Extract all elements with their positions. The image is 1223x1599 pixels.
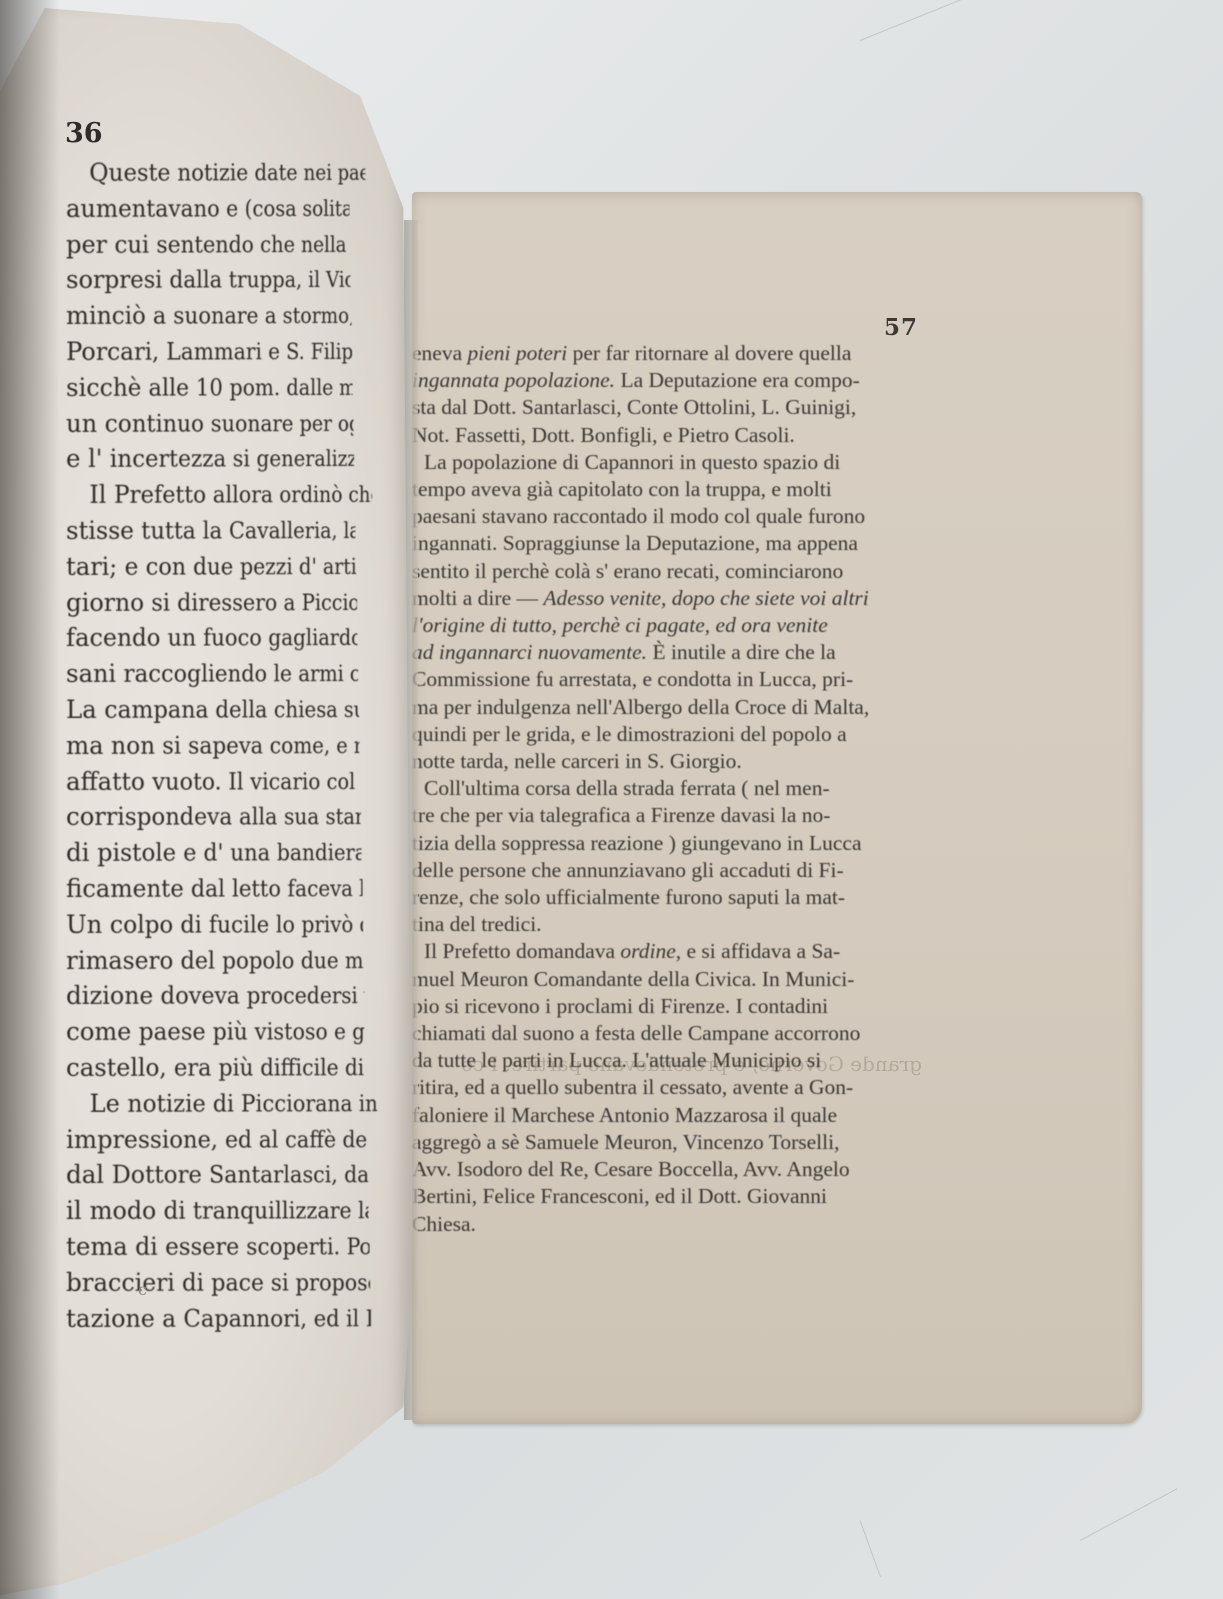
italic-text: ordine bbox=[620, 939, 675, 963]
text-segment: Not. Fassetti, Dott. Bonfigli, e Pietro … bbox=[412, 423, 795, 447]
text-line: affatto vuoto. Il vicario col mez bbox=[66, 764, 360, 800]
text-segment: per far ritornare al dovere quella bbox=[567, 341, 851, 365]
surface-scratch bbox=[1080, 1488, 1178, 1541]
text-segment: , e si affidava a Sa- bbox=[676, 939, 840, 963]
italic-text: Adesso venite, dopo che siete voi altri bbox=[543, 586, 868, 610]
text-segment: tina del tredici. bbox=[412, 912, 542, 936]
text-segment: La popolazione di Capannori in questo sp… bbox=[424, 450, 840, 474]
page-number: 36 bbox=[65, 118, 103, 149]
text-segment: Commissione fu arrestata, e condotta in … bbox=[412, 667, 853, 691]
text-line: Chiesa. bbox=[412, 1211, 952, 1238]
text-line: dizione doveva procedersi ver bbox=[66, 978, 364, 1014]
text-segment: Avv. Isodoro del Re, Cesare Boccella, Av… bbox=[412, 1157, 850, 1181]
finger-shadow bbox=[0, 0, 60, 1599]
text-line: tazione a Capannori, ed il Dep bbox=[66, 1301, 371, 1337]
italic-text: pieni poteri bbox=[468, 341, 568, 365]
text-line: ad ingannarci nuovamente. È inutile a di… bbox=[412, 639, 952, 666]
text-line: ma per indulgenza nell'Albergo della Cro… bbox=[412, 694, 952, 721]
text-line: dal Dottore Santarlasci, dall'O bbox=[66, 1157, 368, 1193]
text-line: stisse tutta la Cavalleria, la Mu bbox=[66, 513, 355, 549]
text-line: l'origine di tutto, perchè ci pagate, ed… bbox=[412, 612, 952, 639]
italic-text: ingannata popolazione. bbox=[412, 368, 615, 392]
text-segment: tempo aveva già capitolato con la truppa… bbox=[412, 477, 832, 501]
text-line: facendo un fuoco gagliardo pose bbox=[66, 620, 358, 656]
text-line: chiamati dal suono a festa delle Campane… bbox=[412, 1020, 952, 1047]
text-segment: sentito il perchè colà s' erano recati, … bbox=[412, 559, 843, 583]
text-segment: molti a dire — bbox=[412, 586, 543, 610]
text-line: quindi per le grida, e le dimostrazioni … bbox=[412, 721, 952, 748]
text-line: Commissione fu arrestata, e condotta in … bbox=[412, 666, 952, 693]
text-line: La popolazione di Capannori in questo sp… bbox=[412, 449, 952, 476]
text-line: il modo di tranquillizzare la bbox=[66, 1193, 369, 1229]
text-line: Porcari, Lammari e S. Filippo bbox=[66, 334, 352, 370]
text-line: castello, era più difficile di ott bbox=[66, 1050, 366, 1086]
text-line: Queste notizie date nei paesi bbox=[66, 155, 365, 191]
text-line: Le notizie di Picciorana in bbox=[66, 1086, 385, 1122]
text-line: paesani stavano raccontado il modo col q… bbox=[412, 503, 952, 530]
text-line: tema di essere scoperti. Porta bbox=[66, 1229, 369, 1265]
text-line: ritira, ed a quello subentra il cessato,… bbox=[412, 1074, 952, 1101]
text-line: ingannati. Sopraggiunse la Deputazione, … bbox=[412, 530, 952, 557]
text-line: tina del tredici. bbox=[412, 911, 952, 938]
text-segment: paesani stavano raccontado il modo col q… bbox=[412, 504, 865, 528]
text-line: impressione, ed al caffè del Bu bbox=[66, 1122, 367, 1158]
text-line: tari; e con due pezzi d' artiglie bbox=[66, 549, 356, 585]
text-line: sani raccogliendo le armi che a bbox=[66, 656, 358, 692]
bleed-through-text: grande Governo, e pretendevano partire. … bbox=[442, 1052, 922, 1076]
text-line: Coll'ultima corsa della strada ferrata (… bbox=[412, 775, 952, 802]
text-line: sorpresi dalla truppa, il Vicario bbox=[66, 262, 351, 298]
text-segment: chiamati dal suono a festa delle Campane… bbox=[412, 1021, 860, 1045]
text-line: renze, che solo ufficialmente furono sap… bbox=[412, 884, 952, 911]
page-body-text: eneva pieni poteri per far ritornare al … bbox=[412, 340, 952, 1238]
text-segment: muel Meuron Comandante della Civica. In … bbox=[412, 967, 854, 991]
text-segment: tre che per via talegrafica a Firenze da… bbox=[412, 803, 830, 827]
text-segment: tizia della soppressa reazione ) giungev… bbox=[412, 831, 862, 855]
left-page: 36 Queste notizie date nei paesiaumentav… bbox=[0, 0, 412, 1599]
text-segment: ma per indulgenza nell'Albergo della Cro… bbox=[412, 695, 869, 719]
text-segment: delle persone che annunziavano gli accad… bbox=[412, 858, 844, 882]
text-line: Not. Fassetti, Dott. Bonfigli, e Pietro … bbox=[412, 422, 952, 449]
text-line: corrispondeva alla sua stanza fu bbox=[66, 799, 361, 835]
text-line: ingannata popolazione. La Deputazione er… bbox=[412, 367, 952, 394]
right-page: 57 eneva pieni poteri per far ritornare … bbox=[412, 192, 1142, 1424]
text-segment: aggregò a sè Samuele Meuron, Vincenzo To… bbox=[412, 1130, 839, 1154]
text-line: Bertini, Felice Francesconi, ed il Dott.… bbox=[412, 1183, 952, 1210]
text-segment: Chiesa. bbox=[412, 1212, 476, 1236]
text-line: rimasero del popolo due morti bbox=[66, 943, 364, 979]
text-segment: La Deputazione era compo- bbox=[615, 368, 860, 392]
text-segment: Il Prefetto domandava bbox=[424, 939, 620, 963]
text-line: aumentavano e (cosa solita) rad bbox=[66, 191, 349, 227]
italic-text: ad ingannarci nuovamente. bbox=[412, 640, 647, 664]
text-line: minciò a suonare a stormo, ed bbox=[66, 298, 351, 334]
text-line: giorno si diressero a Picciorana, bbox=[66, 585, 357, 621]
text-segment: È inutile a dire che la bbox=[647, 640, 836, 664]
surface-scratch bbox=[860, 0, 999, 41]
page-number: 57 bbox=[884, 314, 918, 341]
text-line: sicchè alle 10 pom. dalle mura bbox=[66, 370, 353, 406]
text-line: notte tarda, nelle carceri in S. Giorgio… bbox=[412, 748, 952, 775]
page-body-text: Queste notizie date nei paesiaumentavano… bbox=[66, 155, 426, 1336]
text-segment: notte tarda, nelle carceri in S. Giorgio… bbox=[412, 749, 742, 773]
text-line: La campana della chiesa suonava bbox=[66, 692, 359, 728]
text-line: tempo aveva già capitolato con la truppa… bbox=[412, 476, 952, 503]
text-segment: ingannati. Sopraggiunse la Deputazione, … bbox=[412, 531, 858, 555]
text-line: sta dal Dott. Santarlasci, Conte Ottolin… bbox=[412, 394, 952, 421]
text-line: un continuo suonare per ogni bbox=[66, 406, 353, 442]
text-line: Il Prefetto domandava ordine, e si affid… bbox=[412, 938, 952, 965]
signature-mark: c bbox=[138, 1280, 147, 1299]
text-line: muel Meuron Comandante della Civica. In … bbox=[412, 966, 952, 993]
text-line: per cui sentendo che nella notte bbox=[66, 227, 350, 263]
text-segment: pio si ricevono i proclami di Firenze. I… bbox=[412, 994, 828, 1018]
text-segment: sta dal Dott. Santarlasci, Conte Ottolin… bbox=[412, 395, 856, 419]
text-line: molti a dire — Adesso venite, dopo che s… bbox=[412, 585, 952, 612]
text-line: eneva pieni poteri per far ritornare al … bbox=[412, 340, 952, 367]
text-line: ficamente dal letto faceva le fun bbox=[66, 871, 362, 907]
text-line: Il Prefetto allora ordinò che bbox=[66, 477, 372, 513]
text-segment: Bertini, Felice Francesconi, ed il Dott.… bbox=[412, 1184, 827, 1208]
text-line: di pistole e d' una bandiera gial bbox=[66, 835, 362, 871]
text-line: tizia della soppressa reazione ) giungev… bbox=[412, 830, 952, 857]
text-line: Avv. Isodoro del Re, Cesare Boccella, Av… bbox=[412, 1156, 952, 1183]
text-line: braccieri di pace si proposero bbox=[66, 1265, 370, 1301]
surface-scratch bbox=[860, 1520, 881, 1577]
text-line: come paese più vistoso e guar bbox=[66, 1014, 365, 1050]
text-line: faloniere il Marchese Antonio Mazzarosa … bbox=[412, 1102, 952, 1129]
text-segment: renze, che solo ufficialmente furono sap… bbox=[412, 885, 845, 909]
text-line: Un colpo di fucile lo privò di bbox=[66, 907, 363, 943]
text-line: aggregò a sè Samuele Meuron, Vincenzo To… bbox=[412, 1129, 952, 1156]
text-line: sentito il perchè colà s' erano recati, … bbox=[412, 558, 952, 585]
text-line: delle persone che annunziavano gli accad… bbox=[412, 857, 952, 884]
text-line: pio si ricevono i proclami di Firenze. I… bbox=[412, 993, 952, 1020]
italic-text: l'origine di tutto, perchè ci pagate, ed… bbox=[412, 613, 828, 637]
text-segment: eneva bbox=[412, 341, 468, 365]
text-segment: faloniere il Marchese Antonio Mazzarosa … bbox=[412, 1103, 837, 1127]
text-segment: ritira, ed a quello subentra il cessato,… bbox=[412, 1075, 853, 1099]
text-segment: Coll'ultima corsa della strada ferrata (… bbox=[424, 776, 830, 800]
text-line: e l' incertezza si generalizzava bbox=[66, 441, 354, 477]
text-line: tre che per via talegrafica a Firenze da… bbox=[412, 802, 952, 829]
text-line: ma non si sapeva come, e mentre bbox=[66, 728, 360, 764]
text-segment: quindi per le grida, e le dimostrazioni … bbox=[412, 722, 847, 746]
